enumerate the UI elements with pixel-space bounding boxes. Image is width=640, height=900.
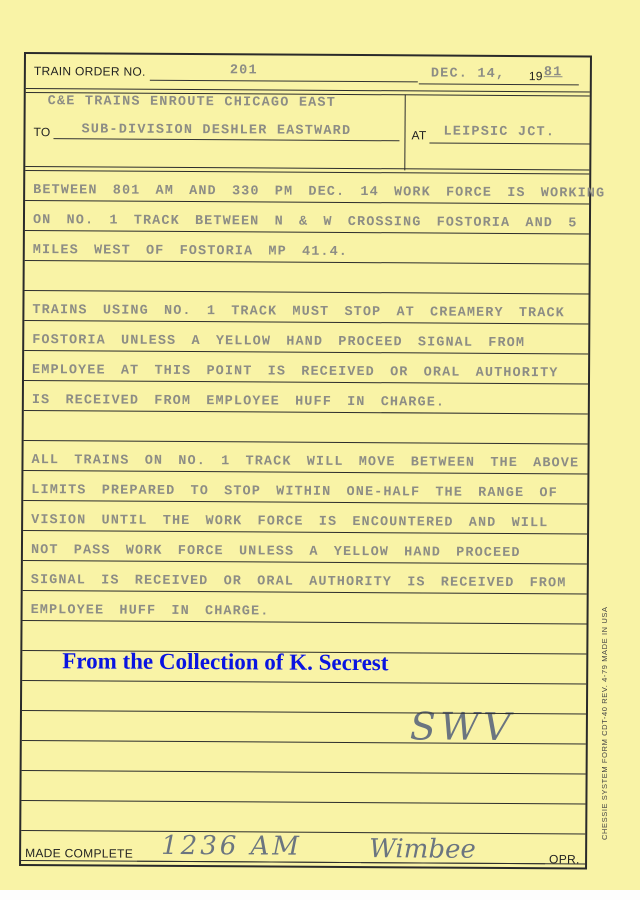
year-prefix: 19 bbox=[529, 69, 543, 83]
train-order-underline bbox=[150, 80, 418, 83]
train-order-number: 201 bbox=[230, 63, 258, 78]
ruled-line bbox=[24, 410, 588, 414]
ruled-line bbox=[22, 680, 586, 684]
order-text-line: LIMITS PREPARED TO STOP WITHIN ONE-HALF … bbox=[31, 483, 558, 501]
addressee-line: C&E TRAINS ENROUTE CHICAGO EAST bbox=[48, 94, 336, 111]
order-text-line: SIGNAL IS RECEIVED OR ORAL AUTHORITY IS … bbox=[31, 573, 567, 591]
at-underline bbox=[429, 142, 589, 144]
order-text-line: VISION UNTIL THE WORK FORCE IS ENCOUNTER… bbox=[31, 513, 548, 531]
date-underline bbox=[419, 83, 579, 85]
made-complete-time: 1236 AM bbox=[161, 831, 302, 862]
order-text-line: NOT PASS WORK FORCE UNLESS A YELLOW HAND… bbox=[31, 543, 521, 561]
order-text-line: MILES WEST OF FOSTORIA MP 41.4. bbox=[33, 243, 348, 260]
order-text-line: FOSTORIA UNLESS A YELLOW HAND PROCEED SI… bbox=[32, 333, 525, 351]
ruled-line bbox=[25, 290, 589, 294]
train-order-label: TRAIN ORDER NO. bbox=[34, 64, 146, 79]
year-suffix: 81 bbox=[544, 65, 563, 80]
order-text-line: ALL TRAINS ON NO. 1 TRACK WILL MOVE BETW… bbox=[31, 453, 579, 471]
at-value: LEIPSIC JCT. bbox=[443, 125, 555, 141]
addressee-divider bbox=[404, 94, 405, 170]
order-text-line: EMPLOYEE AT THIS POINT IS RECEIVED OR OR… bbox=[32, 363, 559, 381]
order-text-line: EMPLOYEE HUFF IN CHARGE. bbox=[31, 603, 270, 619]
made-complete-label: MADE COMPLETE bbox=[25, 846, 133, 861]
ruled-line bbox=[24, 440, 588, 444]
addressee-divider-bottom-2 bbox=[25, 170, 589, 174]
ruled-line bbox=[21, 800, 585, 804]
ruled-line bbox=[25, 260, 589, 264]
ruled-line bbox=[21, 860, 585, 864]
page-edge bbox=[0, 890, 640, 900]
order-text-line: BETWEEN 801 AM AND 330 PM DEC. 14 WORK F… bbox=[33, 183, 605, 201]
ruled-line bbox=[23, 620, 587, 624]
to-value: SUB-DIVISION DESHLER EASTWARD bbox=[81, 122, 351, 139]
ruled-line bbox=[21, 830, 585, 834]
form-number-note: CHESSIE SYSTEM FORM CDT-40 REV. 4-79 MAD… bbox=[600, 606, 609, 840]
to-label: TO bbox=[33, 125, 50, 139]
train-order-form: TRAIN ORDER NO. 201 DEC. 14, 19 81 C&E T… bbox=[19, 52, 592, 869]
order-body bbox=[26, 54, 590, 57]
order-date: DEC. 14, bbox=[431, 66, 506, 81]
order-text-line: ON NO. 1 TRACK BETWEEN N & W CROSSING FO… bbox=[33, 213, 578, 231]
at-label: AT bbox=[411, 128, 426, 142]
operator-signature: Wimbee bbox=[369, 834, 476, 865]
order-text-line: IS RECEIVED FROM EMPLOYEE HUFF IN CHARGE… bbox=[32, 393, 445, 411]
order-text-line: TRAINS USING NO. 1 TRACK MUST STOP AT CR… bbox=[32, 303, 565, 321]
ruled-line bbox=[22, 770, 586, 774]
